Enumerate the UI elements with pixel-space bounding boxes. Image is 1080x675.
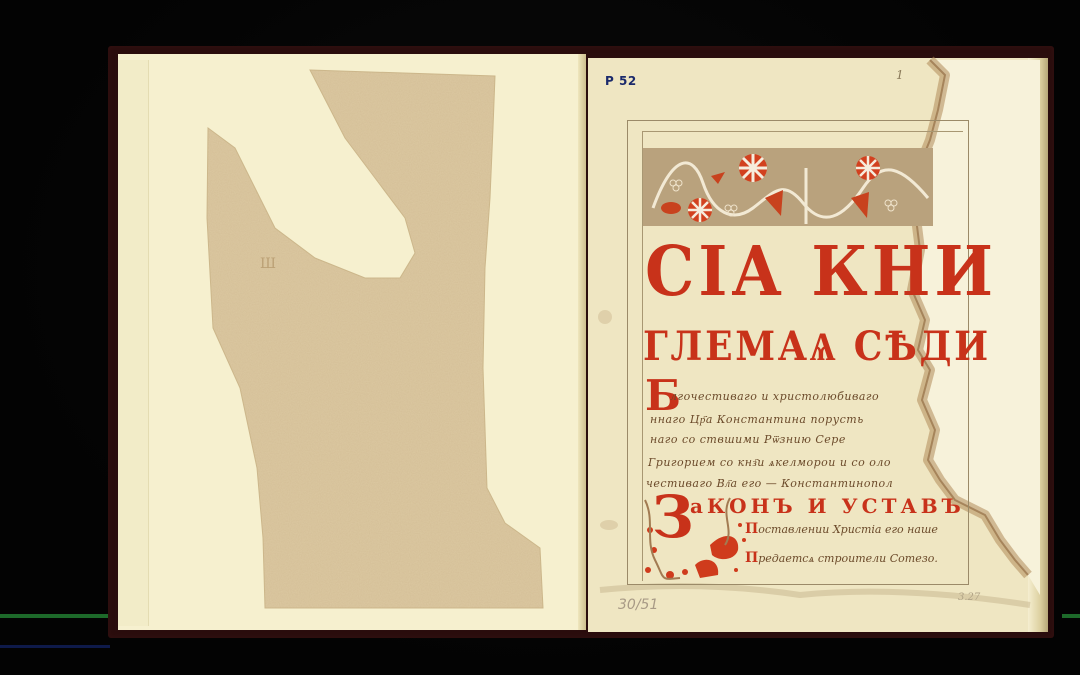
closing-line-2: Предаетсѧ строители Сотезо.: [745, 550, 938, 566]
shelfmark-label: P 52: [605, 74, 637, 88]
body-line-2: ннаго Цр҃а Константина порусть: [650, 413, 864, 426]
foxing-spot: [598, 310, 612, 324]
body-line-3: наго со ствшими Рѿзнию Сере: [650, 433, 846, 446]
body-line-4: Григорием со кнз҃и ѧкелморои и со оло: [648, 456, 891, 469]
title-line-2: ГЛЕМАѦ СѢДИ: [643, 327, 991, 367]
svg-text:Ш: Ш: [260, 256, 276, 272]
closing-line-1-cap: П: [745, 521, 758, 537]
closing-line-1: Поставлении Христіа его наше: [745, 521, 938, 537]
title-line-1: СІА КНИ: [645, 238, 997, 306]
subtitle-zakon-i-ustav: аКОНЪ И УСТАВЪ: [690, 494, 965, 518]
closing-line-2-cap: П: [745, 550, 758, 566]
pencil-note-right: 3.27: [958, 592, 980, 603]
repair-patch: Ш: [205, 68, 555, 613]
body-line-1: лгочестиваго и христолюбиваго: [670, 390, 879, 403]
gutter-fold: [578, 54, 586, 630]
closing-line-1-text: оставлении Христіа его наше: [758, 523, 938, 536]
calibration-line-green: [0, 614, 110, 618]
left-page-flap: [118, 60, 149, 626]
pencil-note-folio: 30/51: [618, 597, 658, 613]
closing-line-2-text: редаетсѧ строители Сотезо.: [758, 552, 938, 565]
calibration-line-green-right: [1062, 614, 1080, 618]
calibration-line-blue: [0, 645, 110, 648]
frame-rule-top: [643, 131, 963, 132]
initial-letter-z: З: [652, 488, 694, 546]
folio-number: 1: [896, 68, 904, 82]
flower-icon: [739, 154, 767, 182]
foxing-spot: [600, 520, 618, 530]
page-stack-edge: [1028, 58, 1048, 632]
ornamental-headpiece: [643, 148, 933, 226]
